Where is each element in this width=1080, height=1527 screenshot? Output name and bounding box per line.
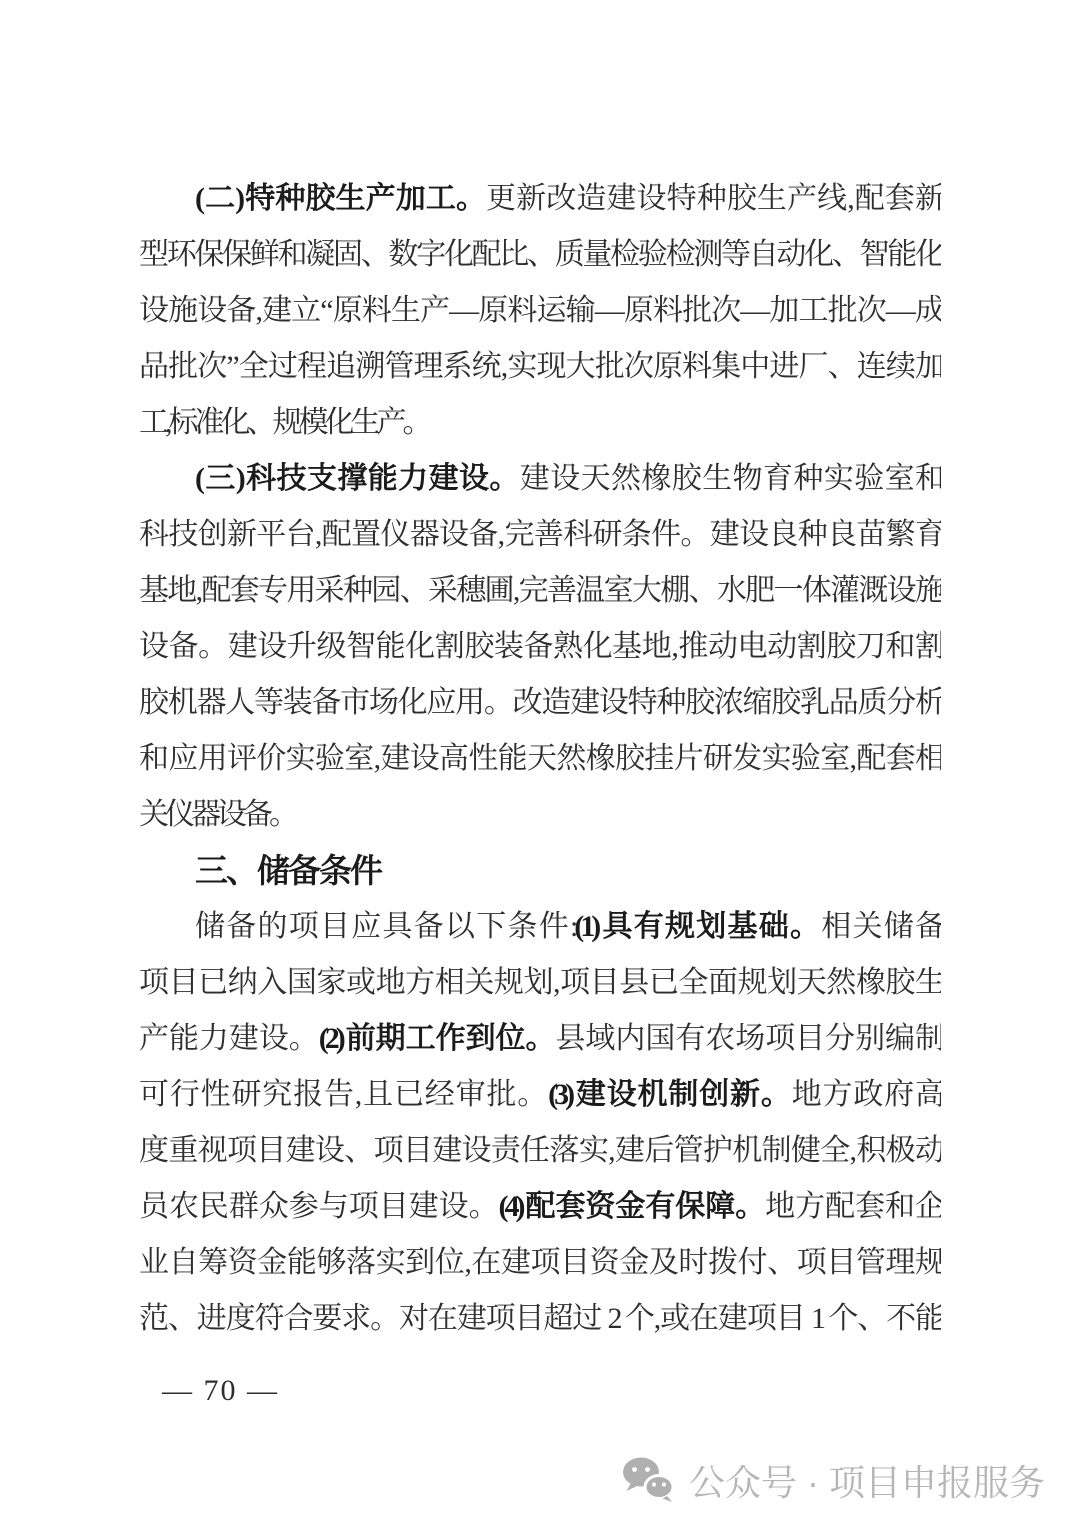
- text-line: 项目已纳入国家或地方相关规划,项目县已全面规划天然橡胶生: [139, 955, 941, 1011]
- text-segment: 更新改造建设特种胶生产线,配套新: [486, 182, 941, 215]
- text-segment: 设备。建设升级智能化割胶装备熟化基地,推动电动割胶刀和割: [139, 630, 941, 663]
- section-heading: 三、储备条件: [139, 843, 941, 899]
- text-line: 设施设备,建立“原料生产—原料运输—原料批次—加工批次—成: [139, 283, 941, 339]
- text-line: (三)科技支撑能力建设。建设天然橡胶生物育种实验室和: [139, 451, 941, 507]
- text-segment: 项目已纳入国家或地方相关规划,项目县已全面规划天然橡胶生: [139, 966, 941, 999]
- text-line: 员农民群众参与项目建设。(4)配套资金有保障。地方配套和企: [139, 1179, 941, 1235]
- text-line: (二)特种胶生产加工。更新改造建设特种胶生产线,配套新: [139, 171, 941, 227]
- text-segment: (三)科技支撑能力建设。: [195, 462, 520, 495]
- text-segment: 地方配套和企: [765, 1190, 941, 1223]
- text-segment: 和应用评价实验室,建设高性能天然橡胶挂片研发实验室,配套相: [139, 742, 941, 775]
- text-segment: 三、储备条件: [195, 852, 381, 889]
- text-segment: (2)前期工作到位。: [319, 1022, 556, 1055]
- text-line: 可行性研究报告,且已经审批。(3)建设机制创新。地方政府高: [139, 1067, 941, 1123]
- text-segment: 可行性研究报告,且已经审批。: [139, 1078, 548, 1111]
- text-line: 业自筹资金能够落实到位,在建项目资金及时拨付、项目管理规: [139, 1235, 941, 1291]
- text-line: 设备。建设升级智能化割胶装备熟化基地,推动电动割胶刀和割: [139, 619, 941, 675]
- text-segment: 品批次”全过程追溯管理系统,实现大批次原料集中进厂、连续加: [139, 350, 941, 383]
- text-segment: 相关储备: [821, 910, 941, 943]
- text-segment: 工,标准化、规模化生产。: [139, 406, 429, 439]
- text-segment: 度重视项目建设、项目建设责任落实,建后管护机制健全,积极动: [139, 1134, 941, 1167]
- text-line: 和应用评价实验室,建设高性能天然橡胶挂片研发实验室,配套相: [139, 731, 941, 787]
- text-line: 产能力建设。(2)前期工作到位。县域内国有农场项目分别编制: [139, 1011, 941, 1067]
- text-line: 度重视项目建设、项目建设责任落实,建后管护机制健全,积极动: [139, 1123, 941, 1179]
- page-number: — 70 —: [162, 1375, 279, 1407]
- text-segment: 业自筹资金能够落实到位,在建项目资金及时拨付、项目管理规: [139, 1246, 941, 1279]
- text-segment: (3)建设机制创新。: [548, 1078, 792, 1111]
- text-line: 型环保保鲜和凝固、数字化配比、质量检验检测等自动化、智能化: [139, 227, 941, 283]
- text-segment: 基地,配套专用采种园、采穗圃,完善温室大棚、水肥一体灌溉设施: [139, 574, 941, 607]
- text-line: 范、进度符合要求。对在建项目超过 2 个,或在建项目 1 个、不能: [139, 1291, 941, 1347]
- wechat-icon: [621, 1456, 677, 1504]
- text-line: 胶机器人等装备市场化应用。改造建设特种胶浓缩胶乳品质分析: [139, 675, 941, 731]
- text-segment: 型环保保鲜和凝固、数字化配比、质量检验检测等自动化、智能化: [139, 238, 941, 271]
- text-line: 关仪器设备。: [139, 787, 941, 843]
- watermark: 公众号 · 项目申报服务: [621, 1452, 1045, 1508]
- text-segment: 建设天然橡胶生物育种实验室和: [520, 462, 941, 495]
- text-segment: 关仪器设备。: [139, 798, 295, 831]
- text-line: 储备的项目应具备以下条件:(1)具有规划基础。相关储备: [139, 899, 941, 955]
- text-segment: (1)具有规划基础。: [574, 910, 821, 943]
- text-line: 品批次”全过程追溯管理系统,实现大批次原料集中进厂、连续加: [139, 339, 941, 395]
- text-segment: 范、进度符合要求。对在建项目超过 2 个,或在建项目 1 个、不能: [139, 1302, 941, 1335]
- text-line: 基地,配套专用采种园、采穗圃,完善温室大棚、水肥一体灌溉设施: [139, 563, 941, 619]
- text-segment: 储备的项目应具备以下条件:: [195, 910, 574, 943]
- text-segment: 县域内国有农场项目分别编制: [555, 1022, 941, 1055]
- text-segment: 设施设备,建立“原料生产—原料运输—原料批次—加工批次—成: [139, 294, 941, 327]
- watermark-text: 公众号 · 项目申报服务: [689, 1455, 1045, 1506]
- text-line: 工,标准化、规模化生产。: [139, 395, 941, 451]
- document-page: (二)特种胶生产加工。更新改造建设特种胶生产线,配套新型环保保鲜和凝固、数字化配…: [0, 0, 1080, 1527]
- text-segment: 员农民群众参与项目建设。: [139, 1190, 499, 1223]
- text-line: 科技创新平台,配置仪器设备,完善科研条件。建设良种良苗繁育: [139, 507, 941, 563]
- text-segment: (二)特种胶生产加工。: [195, 182, 486, 215]
- document-body: (二)特种胶生产加工。更新改造建设特种胶生产线,配套新型环保保鲜和凝固、数字化配…: [139, 171, 941, 1347]
- text-segment: 科技创新平台,配置仪器设备,完善科研条件。建设良种良苗繁育: [139, 518, 941, 551]
- text-segment: (4)配套资金有保障。: [499, 1190, 766, 1223]
- text-segment: 产能力建设。: [139, 1022, 319, 1055]
- text-segment: 地方政府高: [792, 1078, 941, 1111]
- text-segment: 胶机器人等装备市场化应用。改造建设特种胶浓缩胶乳品质分析: [139, 686, 941, 719]
